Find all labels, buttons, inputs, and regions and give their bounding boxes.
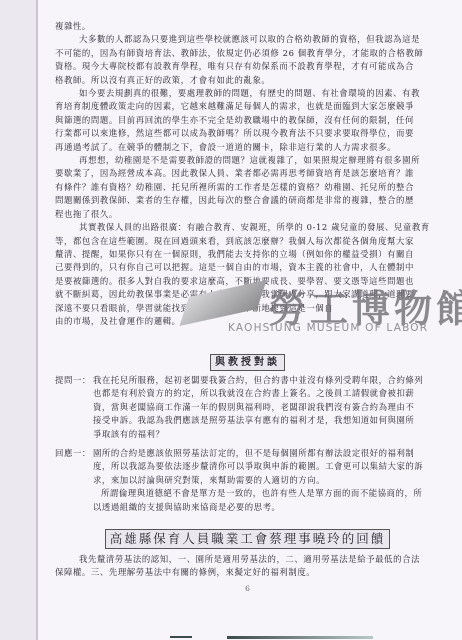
- section-title-union-feedback: 高雄縣保育人員職業工會蔡理事曉玲的回饋: [105, 529, 391, 549]
- paragraph-4: 其實教保人員的出路很廣：有融合教育、安親班，所學的 0-12 歲兒童的發展、兒童…: [55, 221, 440, 328]
- scan-artifact-bar: [170, 636, 192, 638]
- paragraph-line: 再想想，幼稚園是不是需要教師證的問題？這就複雜了，如果照規定辦理將有很多園所: [55, 154, 440, 167]
- paragraph-line: 深遠不要只看眼前，學習就能找到你的位置，我不斷地提到這是一個自: [55, 302, 440, 315]
- section-heading-wrapper: 高雄縣保育人員職業工會蔡理事曉玲的回饋: [55, 528, 440, 549]
- paragraph-line: 行業都可以來進修，然這些都可以成為教師嗎？所以現今教育法不只要求要取得學位，而要: [55, 127, 440, 140]
- answer-block: 回應一： 園所的合約是應該依照勞基法訂定的，但不是每個園所都有辦法設定很好的福利…: [55, 447, 440, 514]
- answer-line: 求，來加以討論與研究對策，來幫助需要的人適切的方向。: [93, 474, 440, 487]
- question-text: 我在托兒所服務，起初老闆要我簽合約，但合約書中並沒有條列受聘年限，合約條列 也都…: [93, 374, 440, 441]
- qa-section: 提問一： 我在托兒所服務，起初老闆要我簽合約，但合約書中並沒有條列受聘年限，合約…: [55, 374, 440, 514]
- union-feedback-paragraph: 我先釐清勞基法的認知，一、園所是適用勞基法的，二、適用勞基法是給予最低的合法 保…: [55, 553, 440, 580]
- paragraph-line: 我先釐清勞基法的認知，一、園所是適用勞基法的，二、適用勞基法是給予最低的合法: [55, 553, 440, 566]
- paragraph-line: 有條件？誰有資格？幼稚園、托兒所裡所需的工作者是怎樣的資格？幼稚園、托兒所的整合: [55, 181, 440, 194]
- answer-line: 度，所以我認為要依法逐步釐清你可以爭取與申訴的範圍。工會更可以集結大家的訴: [93, 460, 440, 473]
- scanned-page-edge: [0, 0, 38, 640]
- answer-text: 園所的合約是應該依照勞基法訂定的，但不是每個園所都有辦法設定很好的福利制 度，所…: [93, 447, 440, 514]
- question-line: 我在托兒所服務，起初老闆要我簽合約，但合約書中並沒有條列受聘年限，合約條列: [93, 374, 440, 387]
- question-line: 接受申訴。我認為我們應該是照勞基法享有應有的福利才是，我想知道如何與園所: [93, 414, 440, 427]
- paragraph-line: 再通過考試了。在競爭的體制之下，會設一道道的關卡，除非這行業的人力需求很多。: [55, 141, 440, 154]
- answer-label: 回應一：: [55, 447, 93, 514]
- paragraph-line: 由的市場，及社會運作的邏輯。: [55, 315, 440, 328]
- paragraph-line: 育培育制度體政策走向的因素，它越來越難滿足每個人的需求，也就是面臨到大家怎麼競爭: [55, 100, 440, 113]
- paragraph-line: 釐清、提醒，如果你只有在一個原則，我們能去支持你的立場（例如你的權益受損）有關自: [55, 248, 440, 261]
- section-heading-wrapper: 與教授對談: [55, 350, 440, 371]
- paragraph-line: 等，都包含在這些範圍。現在回過頭來看，到底該怎麼辦？我個人每次都從各個角度幫大家: [55, 235, 440, 248]
- paragraph-line: 己要得到的，只有你自己可以把握。這是一個自由的市場，資本主義的社會中，人在體制中: [55, 261, 440, 274]
- paragraph-line: 與篩選的問題。目前再回流的學生亦不完全是幼教職場中的教保師，沒有任何的限制，任何: [55, 114, 440, 127]
- document-page: 複雜性。 大多數的人都認為只要進到這些學校就應該可以取的合格幼教師的資格，但我認…: [38, 0, 462, 640]
- document-content: 複雜性。 大多數的人都認為只要進到這些學校就應該可以取的合格幼教師的資格，但我認…: [55, 20, 440, 328]
- question-line: 資，當與老闆協商工作滿一年的假別與福利時，老闆卻說我們沒有簽合約為理由不: [93, 401, 440, 414]
- answer-line: 以透過組織的支援與協助來協商是必要的思考。: [93, 501, 440, 514]
- paragraph-line: 大多數的人都認為只要進到這些學校就應該可以取的合格幼教師的資格，但我認為這是: [55, 33, 440, 46]
- paragraph-line: 如今要去規劃真的很難，要處理教師的問題，有歷史的問題、有社會環境的因素、有教: [55, 87, 440, 100]
- question-line: 也都是有利於資方的約定，所以我就沒在合約書上簽名。之後員工請假就會被扣薪: [93, 387, 440, 400]
- paragraph-line: 程也拖了很久。: [55, 208, 440, 221]
- paragraph-line: 要歇業了，因為經營成本高。因此教保人員、業者都必需再思考師資培育是該怎麼培育？誰: [55, 167, 440, 180]
- paragraph-line: 問題關係到教保師、業者的生存權，因此每次的整合會議的研商都是非常的複雜，整合的歷: [55, 194, 440, 207]
- paragraph-line: 資格。現今大專院校都有設教育學程，唯有只存有幼保系而不設教育學程，才有可能成為合: [55, 60, 440, 73]
- paragraph-line: 複雜性。: [55, 20, 440, 33]
- paragraph-3: 再想想，幼稚園是不是需要教師證的問題？這就複雜了，如果照規定辦理將有很多園所 要…: [55, 154, 440, 221]
- question-line: 爭取該有的福利？: [93, 428, 440, 441]
- section-title-professor-dialogue: 與教授對談: [210, 354, 285, 371]
- paragraph-2: 如今要去規劃真的很難，要處理教師的問題，有歷史的問題、有社會環境的因素、有教 育…: [55, 87, 440, 154]
- paragraph-line: 格教師。所以沒有真正好的政策，才會有如此的亂象。: [55, 74, 440, 87]
- question-block: 提問一： 我在托兒所服務，起初老闆要我簽合約，但合約書中並沒有條列受聘年限，合約…: [55, 374, 440, 441]
- question-label: 提問一：: [55, 374, 93, 441]
- paragraph-line: 保障權。三、先理解勞基法中有關的條例，來擬定好的福利制度。: [55, 566, 440, 579]
- paragraph-line: 不可能的，因為有師資培育法、教師法，依規定仍必須修 26 個教育學分，才能取的合…: [55, 47, 440, 60]
- paragraph-line: 其實教保人員的出路很廣：有融合教育、安親班，所學的 0-12 歲兒童的發展、兒童…: [55, 221, 440, 234]
- answer-line: 園所的合約是應該依照勞基法訂定的，但不是每個園所都有辦法設定很好的福利制: [93, 447, 440, 460]
- answer-line: 所謂倫理與道德絕不會是單方是一致的，也許有些人是單方面的而不能協商的，所: [93, 487, 440, 500]
- page-number: 6: [55, 584, 440, 593]
- paragraph-line: 是要被篩選的。很多人對自我的要求這麼高，不斷地要成長、要學習、要文憑等這些問題也: [55, 275, 440, 288]
- paragraph-line: 就不斷糾葛，因此幼教保事業是必需有人去穩定它，我常與人分享，跟大家講道理，道理要: [55, 288, 440, 301]
- scan-artifact-bar: [227, 636, 373, 639]
- paragraph-1: 大多數的人都認為只要進到這些學校就應該可以取的合格幼教師的資格，但我認為這是 不…: [55, 33, 440, 87]
